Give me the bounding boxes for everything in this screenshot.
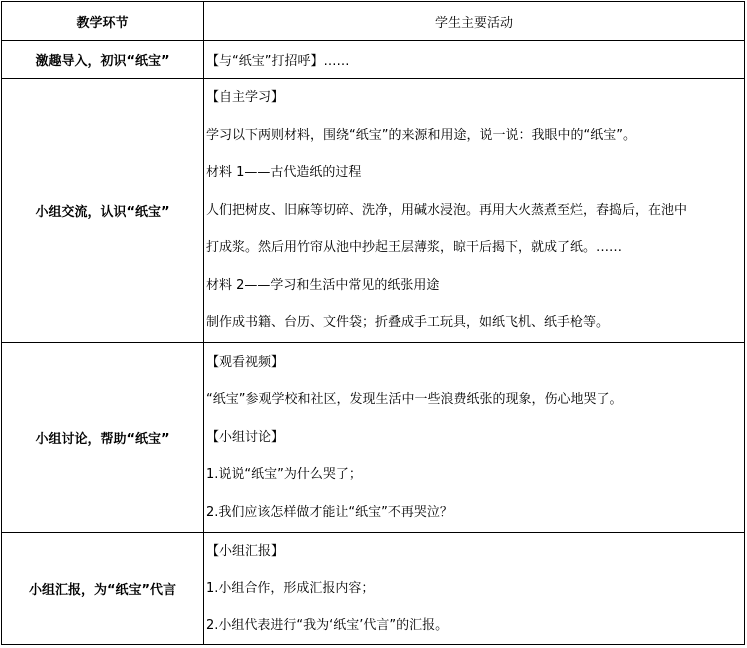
lesson-plan-table: 教学环节 学生主要活动 激趣导入，初识“纸宝” 【与“纸宝”打招呼】…… 小组交… [1, 1, 745, 645]
activity-line: 材料 1——古代造纸的过程 [204, 154, 744, 192]
activity-line: 【与“纸宝”打招呼】…… [204, 50, 744, 69]
activity-line: 1.小组合作，形成汇报内容； [204, 570, 744, 607]
activity-line: 【观看视频】 [204, 344, 744, 382]
activity-line: 人们把树皮、旧麻等切碎、洗净，用碱水浸泡。再用大火蒸煮至烂，舂捣后，在池中 [204, 192, 744, 230]
activities-cell: 【自主学习】 学习以下两则材料，围绕“纸宝”的来源和用途，说一说：我眼中的“纸宝… [204, 79, 745, 343]
activity-line: 【小组汇报】 [204, 533, 744, 570]
table-row: 激趣导入，初识“纸宝” 【与“纸宝”打招呼】…… [2, 41, 745, 79]
table-row: 小组交流，认识“纸宝” 【自主学习】 学习以下两则材料，围绕“纸宝”的来源和用途… [2, 79, 745, 343]
header-student-activities: 学生主要活动 [204, 2, 745, 41]
activities-cell: 【与“纸宝”打招呼】…… [204, 41, 745, 79]
stage-cell: 小组交流，认识“纸宝” [2, 79, 204, 343]
activity-line: 2.我们应该怎样做才能让“纸宝”不再哭泣？ [204, 494, 744, 532]
activity-line: 制作成书籍、台历、文件袋；折叠成手工玩具，如纸飞机、纸手枪等。 [204, 304, 744, 342]
stage-cell: 激趣导入，初识“纸宝” [2, 41, 204, 79]
table-row: 小组汇报，为“纸宝”代言 【小组汇报】 1.小组合作，形成汇报内容； 2.小组代… [2, 533, 745, 645]
header-row: 教学环节 学生主要活动 [2, 2, 745, 41]
stage-cell: 小组汇报，为“纸宝”代言 [2, 533, 204, 645]
activity-line: “纸宝”参观学校和社区，发现生活中一些浪费纸张的现象，伤心地哭了。 [204, 381, 744, 419]
activity-line: 【自主学习】 [204, 79, 744, 117]
activities-cell: 【小组汇报】 1.小组合作，形成汇报内容； 2.小组代表进行“我为‘纸宝’代言”… [204, 533, 745, 645]
activity-line: 2.小组代表进行“我为‘纸宝’代言”的汇报。 [204, 607, 744, 644]
activity-line: 学习以下两则材料，围绕“纸宝”的来源和用途，说一说：我眼中的“纸宝”。 [204, 117, 744, 155]
activity-line: 【小组讨论】 [204, 419, 744, 457]
activity-line: 1.说说“纸宝”为什么哭了； [204, 456, 744, 494]
activities-cell: 【观看视频】 “纸宝”参观学校和社区，发现生活中一些浪费纸张的现象，伤心地哭了。… [204, 343, 745, 533]
activity-line: 材料 2——学习和生活中常见的纸张用途 [204, 267, 744, 305]
table-row: 小组讨论，帮助“纸宝” 【观看视频】 “纸宝”参观学校和社区，发现生活中一些浪费… [2, 343, 745, 533]
activity-line: 打成浆。然后用竹帘从池中抄起王层薄浆，晾干后揭下，就成了纸。…… [204, 229, 744, 267]
stage-cell: 小组讨论，帮助“纸宝” [2, 343, 204, 533]
header-teaching-stage: 教学环节 [2, 2, 204, 41]
